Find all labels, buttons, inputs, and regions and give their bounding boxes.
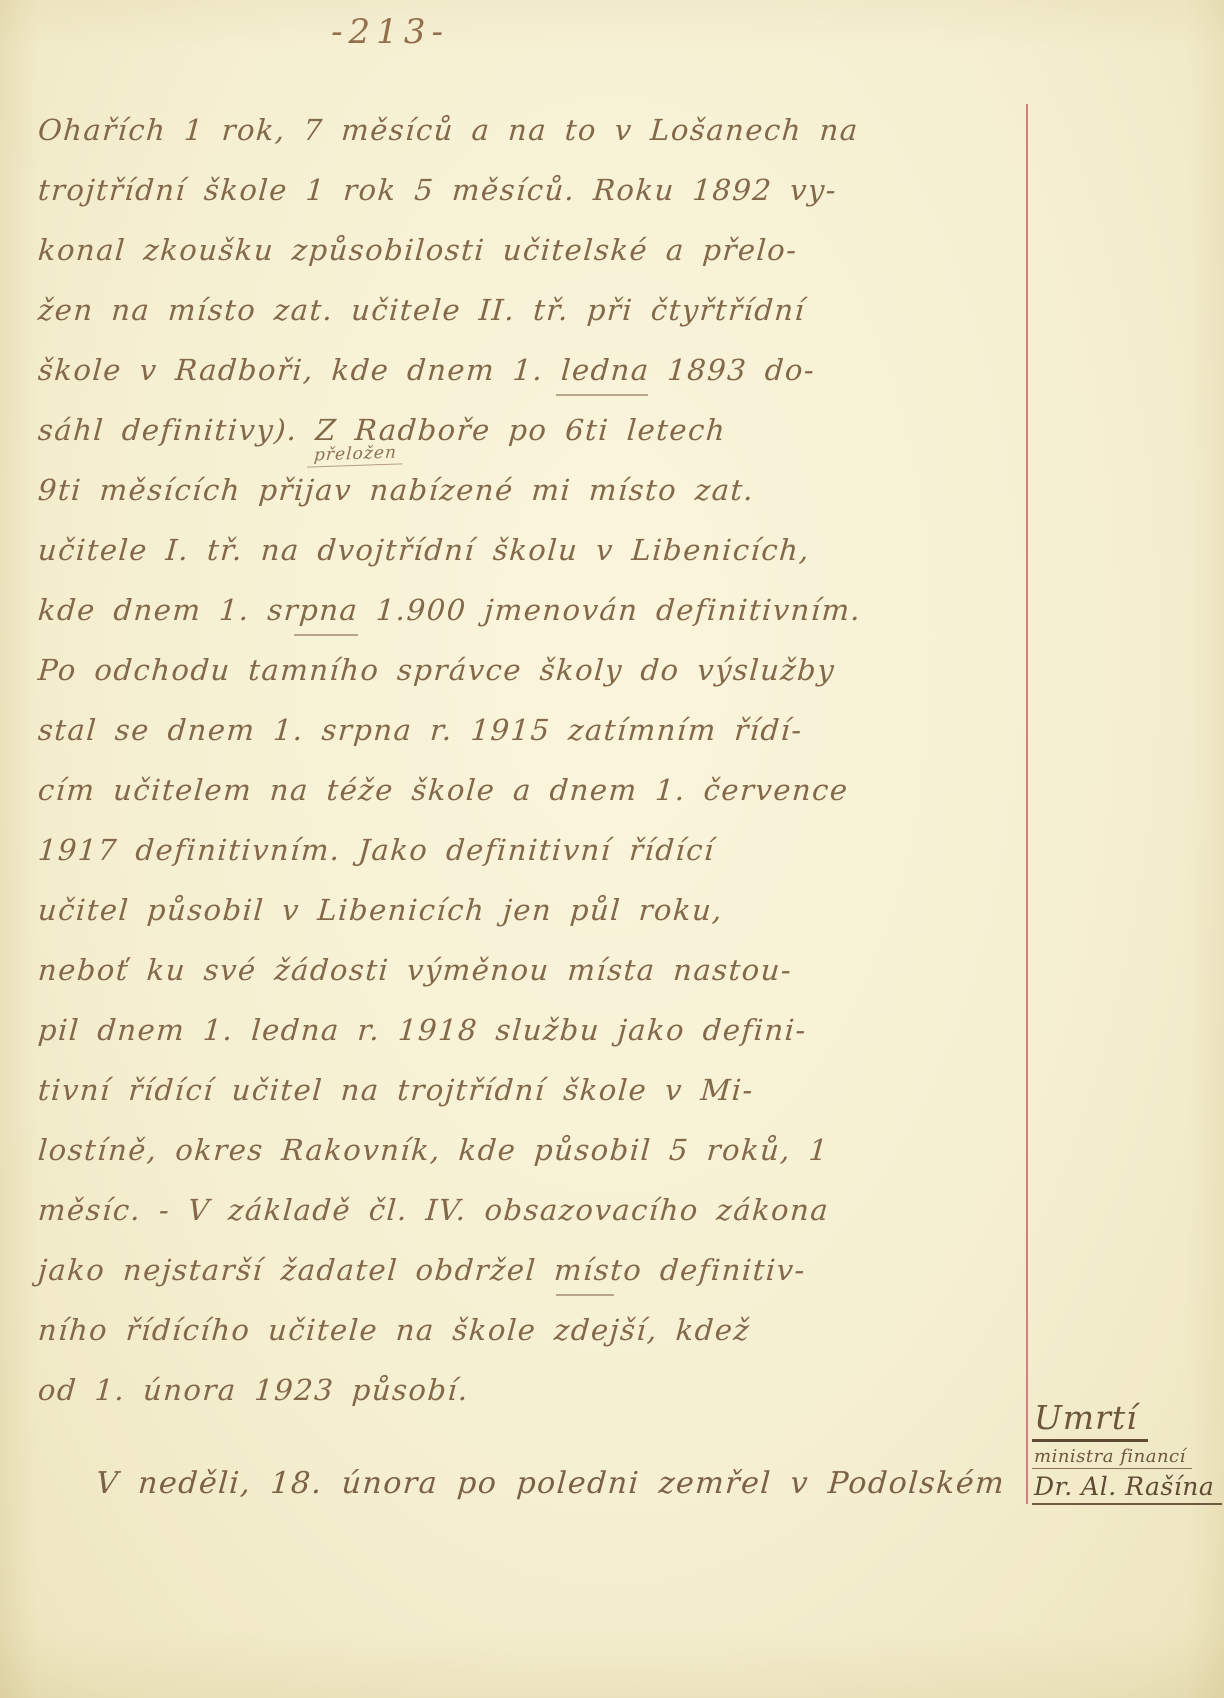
manuscript-line: 1917 definitivním. Jako definitivní řídí…: [36, 820, 1020, 880]
manuscript-line: měsíc. - V základě čl. IV. obsazovacího …: [36, 1180, 1020, 1240]
manuscript-line: sáhl definitivy). Z Radboře po 6ti letec…: [36, 400, 1020, 460]
manuscript-line: cím učitelem na téže škole a dnem 1. čer…: [36, 760, 1020, 820]
manuscript-line: neboť ku své žádosti výměnou místa nasto…: [36, 940, 1020, 1000]
manuscript-line: ního řídícího učitele na škole zdejší, k…: [36, 1300, 1020, 1360]
margin-note-name: Dr. Al. Rašína: [1032, 1469, 1222, 1505]
margin-note-title: Umrtí: [1032, 1398, 1148, 1442]
manuscript-line: škole v Radboři, kde dnem 1. ledna 1893 …: [36, 340, 1020, 400]
manuscript-line: Ohařích 1 rok, 7 měsíců a na to v Lošane…: [36, 100, 1020, 160]
manuscript-line: pil dnem 1. ledna r. 1918 službu jako de…: [36, 1000, 1020, 1060]
underline-mark: [294, 634, 358, 636]
manuscript-line: trojtřídní škole 1 rok 5 měsíců. Roku 18…: [36, 160, 1020, 220]
manuscript-line: učitele I. tř. na dvojtřídní školu v Lib…: [36, 520, 1020, 580]
margin-rule-line: [1026, 104, 1028, 1504]
manuscript-line: jako nejstarší žadatel obdržel místo def…: [36, 1240, 1020, 1300]
underline-mark: [556, 1294, 614, 1296]
manuscript-line: tivní řídící učitel na trojtřídní škole …: [36, 1060, 1020, 1120]
manuscript-line: kde dnem 1. srpna 1.900 jmenován definit…: [36, 580, 1020, 640]
manuscript-line: lostíně, okres Rakovník, kde působil 5 r…: [36, 1120, 1020, 1180]
manuscript-line: Po odchodu tamního správce školy do výsl…: [36, 640, 1020, 700]
margin-note-subtitle: ministra financí: [1032, 1442, 1192, 1469]
manuscript-line: od 1. února 1923 působí.: [36, 1360, 1020, 1420]
margin-note: Umrtí ministra financí Dr. Al. Rašína: [1032, 1398, 1217, 1505]
manuscript-line: žen na místo zat. učitele II. tř. při čt…: [36, 280, 1020, 340]
manuscript-text-block: Ohařích 1 rok, 7 měsíců a na to v Lošane…: [36, 100, 1016, 1420]
manuscript-line: učitel působil v Libenicích jen půl roku…: [36, 880, 1020, 940]
manuscript-line: 9ti měsících přijav nabízené mi místo za…: [36, 460, 1020, 520]
page-number: -213-: [0, 12, 780, 52]
underline-mark: [556, 394, 648, 396]
footer-paragraph-line: V neděli, 18. února po poledni zemřel v …: [95, 1466, 1007, 1501]
interlinear-insertion: přeložen: [307, 442, 404, 467]
manuscript-line: stal se dnem 1. srpna r. 1915 zatímním ř…: [36, 700, 1020, 760]
manuscript-line: konal zkoušku způsobilosti učitelské a p…: [36, 220, 1020, 280]
